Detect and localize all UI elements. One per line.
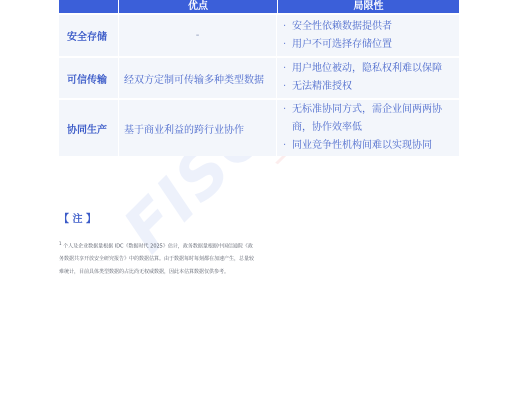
row-limitations: ·无标准协同方式，需企业间两两协商，协作效率低 ·同业竞争性机构间难以实现协同 <box>276 100 459 156</box>
table-row: 协同生产 基于商业利益的跨行业协作 ·无标准协同方式，需企业间两两协商，协作效率… <box>59 98 459 156</box>
row-advantage: 基于商业利益的跨行业协作 <box>118 100 276 156</box>
footnote-text: 个人及企业数据量根据 IDC《数据时代 2025》估计，政务数据量根据中国信通院… <box>59 244 254 275</box>
limitation-text: 用户地位被动，隐私权利难以保障 <box>292 60 442 78</box>
notes-title: 【 注 】 <box>59 210 96 225</box>
footnote-marker: 1 <box>59 241 62 246</box>
row-advantage: - <box>118 15 276 56</box>
row-name: 安全存储 <box>59 15 118 56</box>
limitation-item: ·无法精准授权 <box>283 78 459 96</box>
header-advantage: 优点 <box>118 0 277 13</box>
bullet-icon: · <box>283 60 292 78</box>
footnote: 1 个人及企业数据量根据 IDC《数据时代 2025》估计，政务数据量根据中国信… <box>59 238 254 278</box>
bullet-icon: · <box>283 137 292 155</box>
header-limitations: 局限性 <box>277 0 459 13</box>
table-header: 优点 局限性 <box>59 0 459 13</box>
limitation-item: ·同业竞争性机构间难以实现协同 <box>283 137 459 155</box>
limitation-text: 同业竞争性机构间难以实现协同 <box>292 137 432 155</box>
table-row: 可信传输 经双方定制可传输多种类型数据 ·用户地位被动，隐私权利难以保障 ·无法… <box>59 56 459 98</box>
bullet-icon: · <box>283 18 292 36</box>
comparison-table: 优点 局限性 安全存储 - ·安全性依赖数据提供者 ·用户不可选择存储位置 可信… <box>59 0 459 156</box>
limitation-text: 无标准协同方式，需企业间两两协商，协作效率低 <box>292 101 459 137</box>
row-name: 协同生产 <box>59 100 118 156</box>
row-limitations: ·安全性依赖数据提供者 ·用户不可选择存储位置 <box>276 15 459 56</box>
limitation-item: ·无标准协同方式，需企业间两两协商，协作效率低 <box>283 101 459 137</box>
bullet-icon: · <box>283 36 292 54</box>
limitation-item: ·安全性依赖数据提供者 <box>283 18 459 36</box>
limitation-text: 无法精准授权 <box>292 78 352 96</box>
bullet-icon: · <box>283 101 292 137</box>
table-row: 安全存储 - ·安全性依赖数据提供者 ·用户不可选择存储位置 <box>59 13 459 56</box>
header-empty <box>59 0 118 13</box>
limitation-text: 安全性依赖数据提供者 <box>292 18 392 36</box>
limitation-item: ·用户地位被动，隐私权利难以保障 <box>283 60 459 78</box>
limitation-item: ·用户不可选择存储位置 <box>283 36 459 54</box>
row-limitations: ·用户地位被动，隐私权利难以保障 ·无法精准授权 <box>276 58 459 98</box>
limitation-text: 用户不可选择存储位置 <box>292 36 392 54</box>
row-name: 可信传输 <box>59 58 118 98</box>
bullet-icon: · <box>283 78 292 96</box>
row-advantage: 经双方定制可传输多种类型数据 <box>118 58 276 98</box>
